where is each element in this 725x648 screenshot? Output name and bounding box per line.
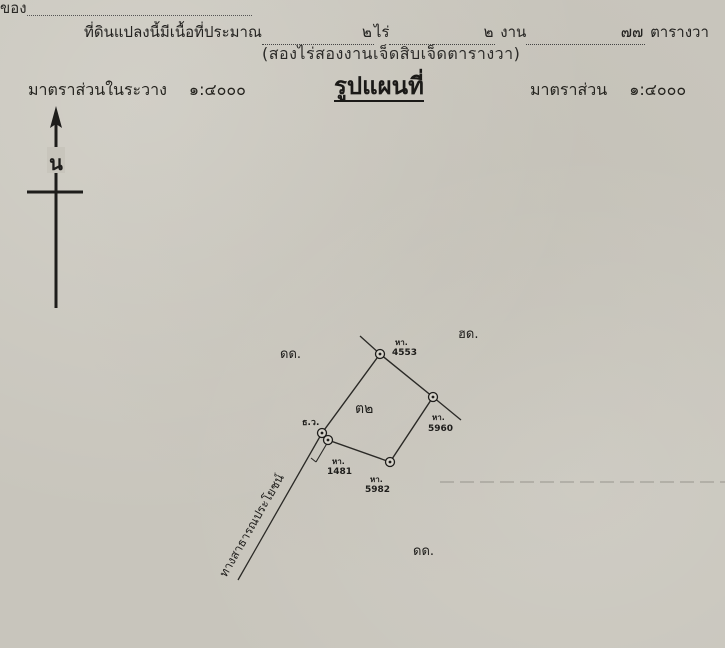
- svg-text:หา.: หา.: [370, 475, 383, 484]
- marker-right-number: 5960: [428, 424, 453, 434]
- parcel-map: น ทางสาธารณประโยชน์ หา. 4553 หา. 5960 หา…: [0, 0, 725, 648]
- marker-right: หา. 5960: [428, 393, 453, 435]
- public-road: ทางสาธารณประโยชน์: [216, 433, 329, 580]
- parcel-label: ต๒: [355, 401, 373, 417]
- marker-left-low-number: 1481: [327, 467, 352, 477]
- svg-text:หา.: หา.: [395, 338, 408, 347]
- north-arrow-icon: น: [27, 106, 83, 308]
- road-label: ทางสาธารณประโยชน์: [216, 471, 286, 579]
- marker-left-high-label: ธ.ว.: [302, 418, 319, 428]
- neighbor-label-northwest: ดด.: [280, 347, 301, 362]
- svg-text:หา.: หา.: [332, 457, 345, 466]
- marker-left-low: หา. 1481: [324, 436, 353, 478]
- svg-text:หา.: หา.: [432, 413, 445, 422]
- marker-top-number: 4553: [392, 348, 417, 358]
- marker-left-high: ธ.ว.: [302, 418, 327, 438]
- marker-bottom: หา. 5982: [365, 458, 395, 496]
- marker-top: หา. 4553: [376, 338, 418, 359]
- parcel-boundary: [322, 354, 433, 462]
- neighbor-label-south: ดด.: [413, 544, 434, 559]
- marker-bottom-number: 5982: [365, 485, 390, 495]
- neighbor-label-northeast: ฮด.: [458, 327, 479, 342]
- north-label: น: [49, 151, 63, 175]
